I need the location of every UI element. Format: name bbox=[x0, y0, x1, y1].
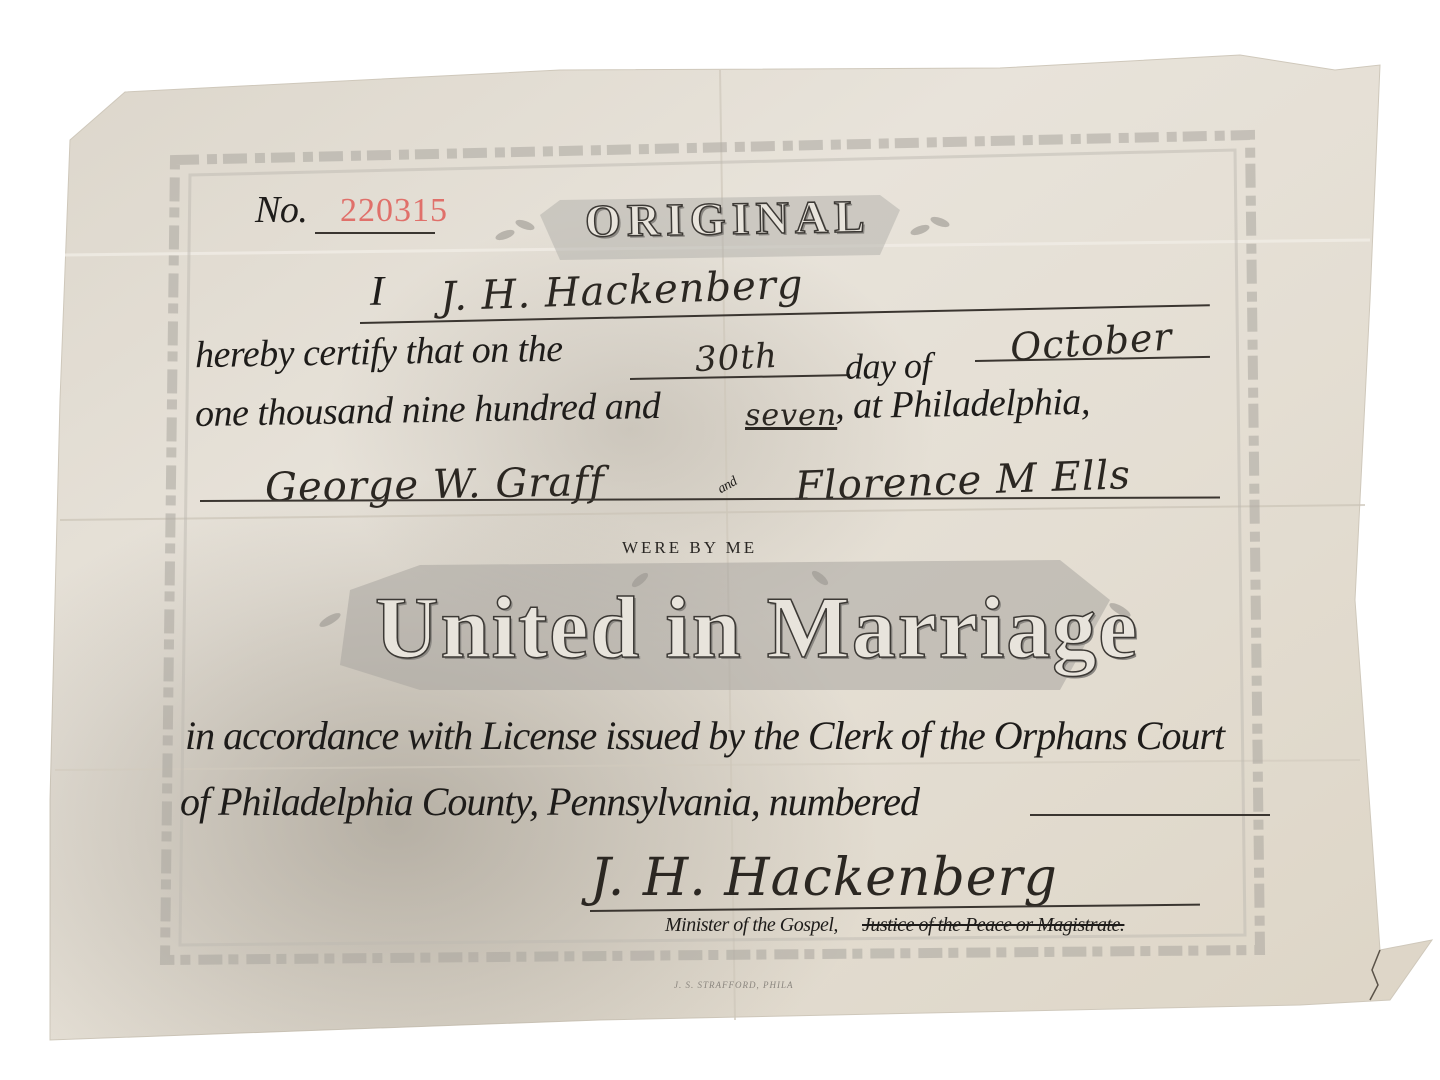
year-text-2: , at Philadelphia, bbox=[835, 380, 1091, 428]
certify-text-2: day of bbox=[845, 344, 932, 387]
original-banner-text: Original bbox=[585, 190, 872, 248]
number-label: No. bbox=[255, 188, 307, 232]
certificate-paper: No. 220315 Original I J. H. Hackenberg h… bbox=[0, 0, 1440, 1080]
struck-title: Justice of the Peace or Magistrate. bbox=[862, 914, 1124, 937]
number-underline bbox=[315, 232, 435, 234]
officiant-title: Minister of the Gospel, bbox=[665, 914, 838, 937]
certificate-number: 220315 bbox=[340, 192, 448, 230]
officiant-prefix: I bbox=[370, 268, 384, 316]
year-text-1: one thousand nine hundred and bbox=[195, 384, 661, 436]
license-text-1: in accordance with License issued by the… bbox=[185, 712, 1224, 759]
certify-text-1: hereby certify that on the bbox=[195, 327, 563, 377]
were-by-me-text: WERE BY ME bbox=[622, 538, 757, 558]
united-in-marriage-banner: United in Marriage bbox=[375, 578, 1139, 679]
officiant-signature: J. H. Hackenberg bbox=[590, 848, 1058, 908]
license-text-2: of Philadelphia County, Pennsylvania, nu… bbox=[180, 778, 919, 825]
printer-mark: J. S. STRAFFORD, PHILA bbox=[674, 980, 793, 990]
license-number-line bbox=[1030, 814, 1270, 816]
year-handwritten: seven bbox=[745, 398, 837, 433]
day-handwritten: 30th bbox=[694, 336, 779, 380]
groom-name-handwritten: George W. Graff bbox=[265, 459, 606, 511]
